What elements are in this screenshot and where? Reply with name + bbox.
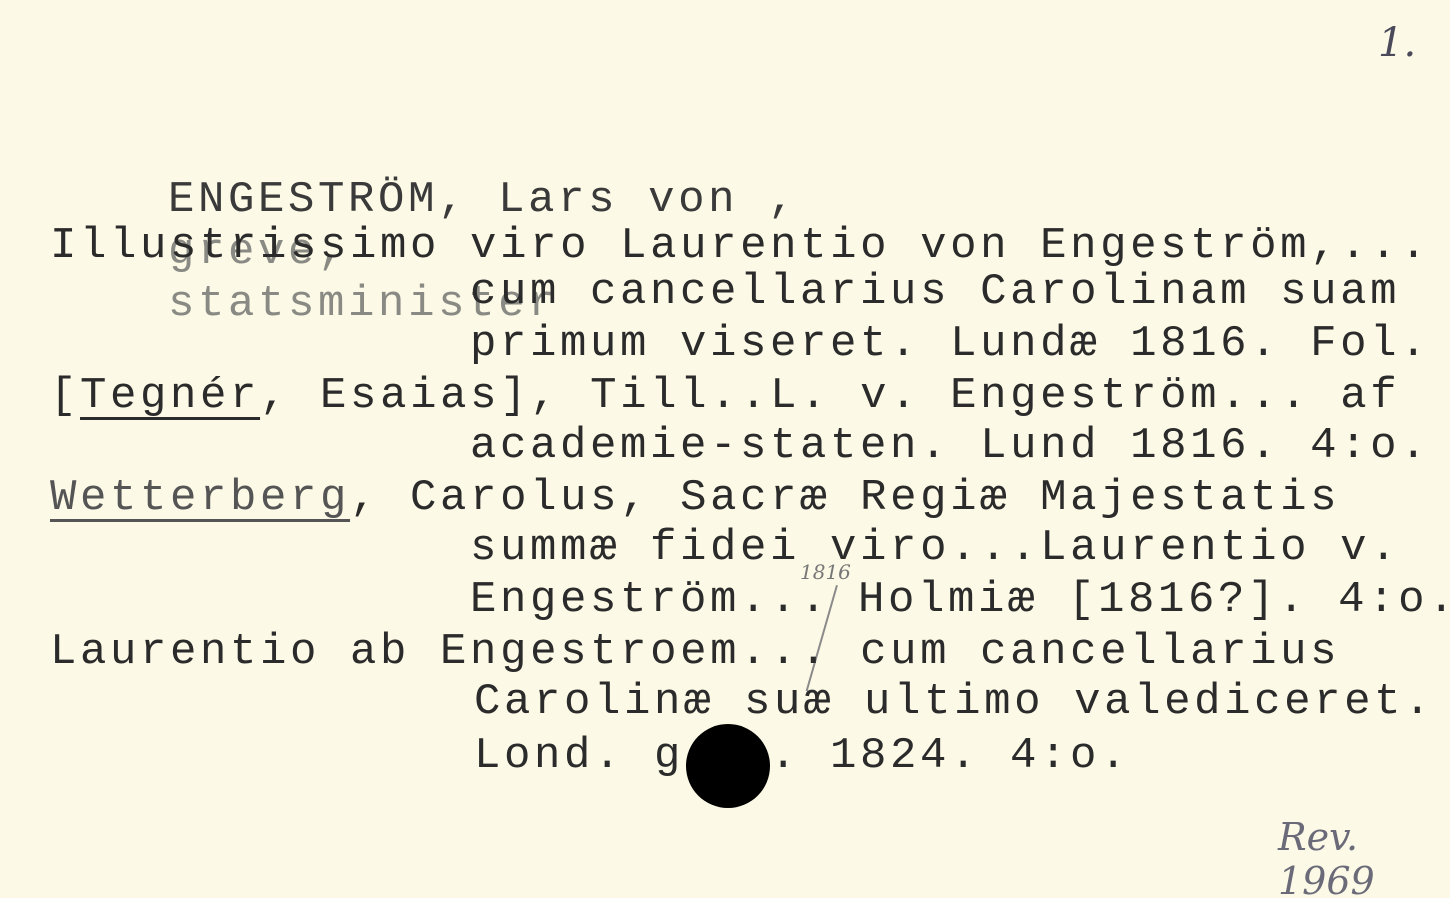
- entry-2-author: Tegnér: [80, 371, 260, 421]
- entry-3-rest: , Carolus, Sacræ Regiæ Majestatis: [350, 473, 1340, 523]
- entry-3-line-3a: Engeström...: [470, 574, 830, 626]
- entry-3-line-2: summæ fidei viro...Laurentio v.: [470, 522, 1400, 574]
- pencil-date-note: 1816: [800, 560, 851, 584]
- entry-2-rest: , Esaias], Till..L. v. Engeström... af: [260, 371, 1400, 421]
- entry-1-line-1: Illustrissimo viro Laurentio von Engestr…: [50, 220, 1430, 272]
- entry-4-line-2: Carolinæ suæ ultimo valediceret.: [474, 676, 1434, 728]
- entry-4-line-3b: . 1824. 4:o.: [770, 730, 1130, 782]
- entry-3-line-3b: Holmiæ [1816?]. 4:o.: [858, 574, 1450, 626]
- entry-1-line-2: cum cancellarius Carolinam suam: [470, 266, 1400, 318]
- entry-3-line-1: Wetterberg, Carolus, Sacræ Regiæ Majesta…: [50, 472, 1340, 524]
- entry-4-line-1: Laurentio ab Engestroem... cum cancellar…: [50, 626, 1340, 678]
- catalog-card: 1. ENGESTRÖM, Lars von , greve, statsmin…: [0, 0, 1450, 898]
- handwritten-revision-note: Rev. 1969: [1278, 815, 1450, 898]
- entry-3-author: Wetterberg: [50, 473, 350, 523]
- entry-4-line-3a: Lond. g: [474, 730, 684, 782]
- entry-2-line-1: [Tegnér, Esaias], Till..L. v. Engeström.…: [50, 370, 1400, 422]
- heading-name: ENGESTRÖM, Lars von ,: [168, 175, 798, 225]
- entry-1-line-3: primum viseret. Lundæ 1816. Fol.: [470, 318, 1430, 370]
- page-number: 1.: [1378, 20, 1416, 66]
- punch-hole: [686, 724, 770, 808]
- entry-2-line-2: academie-staten. Lund 1816. 4:o.: [470, 420, 1430, 472]
